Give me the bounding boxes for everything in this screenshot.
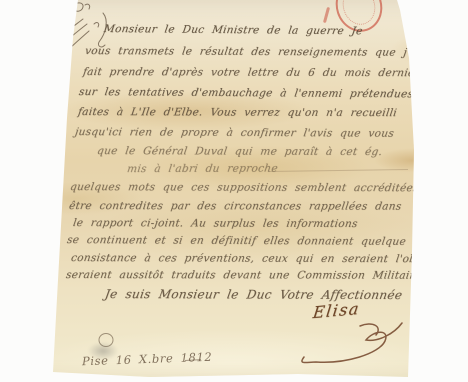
letter-line: quelques mots que ces suppositions sembl… (69, 181, 419, 194)
signature: Elisa (312, 299, 361, 322)
letter-line: mis à l'abri du reproche (126, 162, 278, 175)
letter-line: jusqu'ici rien de propre à confirmer l'a… (74, 126, 395, 140)
paper: Monsieur le Duc Ministre de la guerre Je… (0, 0, 468, 382)
letter-line: que le Général Duval qui me paraît à cet… (96, 145, 383, 158)
letter-line: le rapport ci-joint. Au surplus les info… (72, 217, 358, 230)
letter-line: se continuent et si en définitif elles d… (66, 234, 407, 248)
red-ink-mark (323, 7, 330, 23)
letter-line: Monsieur le Duc Ministre de la guerre Je (103, 23, 363, 37)
letter-line: consistance à ces préventions, ceux qui … (70, 252, 432, 265)
letter-line: être contredites par des circonstances r… (68, 200, 402, 213)
faded-stroke (268, 169, 408, 172)
letter-line: seraient aussitôt traduits devant une Co… (65, 269, 422, 282)
signature-flourish-icon (290, 320, 410, 370)
letter-line: sur les tentatives d'embauchage à l'enne… (78, 86, 414, 100)
letter-photo: Monsieur le Duc Ministre de la guerre Je… (0, 0, 468, 382)
letter-line: vous transmets le résultat des renseigne… (84, 45, 421, 59)
letter-line: fait prendre d'après votre lettre du 6 d… (82, 66, 421, 79)
letter-line: faites à L'Ile d'Elbe. Vous verrez qu'on… (77, 106, 398, 119)
